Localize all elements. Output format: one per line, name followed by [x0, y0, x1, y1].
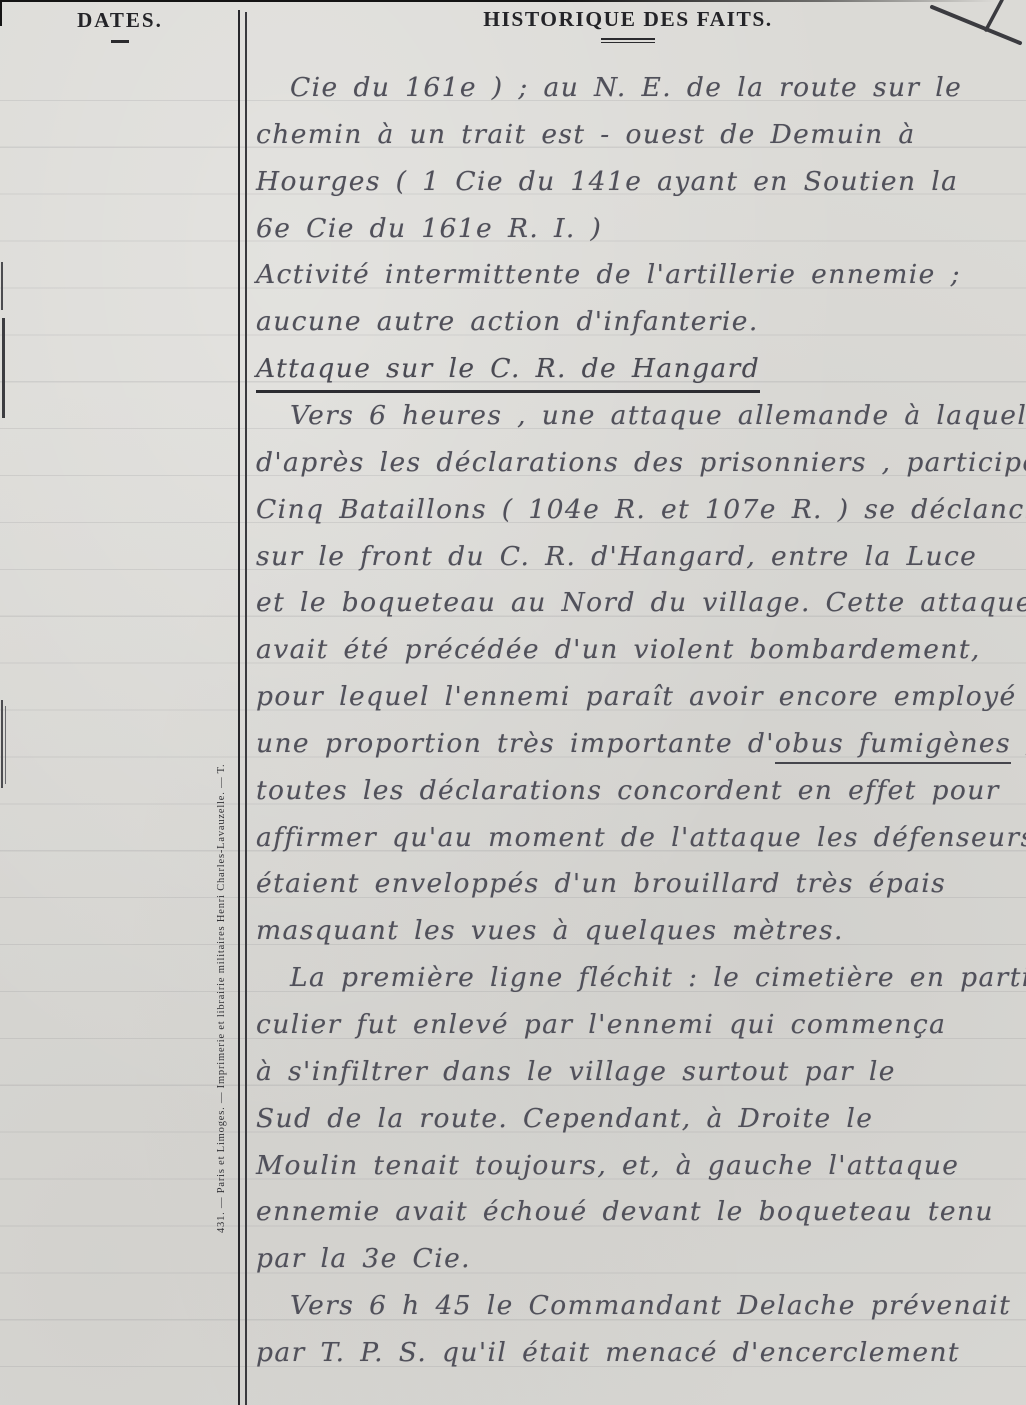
handwritten-line: La première ligne fléchit : le cimetière… — [290, 962, 1026, 993]
handwritten-line: Sud de la route. Cependant, à Droite le — [256, 1103, 873, 1134]
handwritten-line: une proportion très importante d'obus fu… — [256, 728, 1026, 759]
printer-imprint: 431. — Paris et Limoges. — Imprimerie et… — [216, 645, 227, 1351]
handwritten-line: Hourges ( 1 Cie du 141e ayant en Soutien… — [256, 166, 958, 197]
handwritten-line: à s'infiltrer dans le village surtout pa… — [256, 1056, 896, 1087]
scan-artifact — [1, 262, 3, 310]
historique-label: HISTORIQUE DES FAITS. — [247, 7, 1009, 32]
handwritten-line: Vers 6 heures , une attaque allemande à … — [290, 400, 1026, 431]
handwritten-line: Cie du 161e ) ; au N. E. de la route sur… — [290, 72, 962, 103]
handwritten-line: masquant les vues à quelques mètres. — [256, 915, 844, 946]
handwritten-line: pour lequel l'ennemi paraît avoir encore… — [256, 681, 1017, 712]
handwritten-line: par T. P. S. qu'il était menacé d'encerc… — [256, 1337, 960, 1368]
handwritten-line: ennemie avait échoué devant le boqueteau… — [256, 1196, 994, 1227]
handwritten-line: 6e Cie du 161e R. I. ) — [256, 213, 602, 244]
handwritten-line: et le boqueteau au Nord du village. Cett… — [256, 587, 1026, 618]
handwritten-line: chemin à un trait est - ouest de Demuin … — [256, 119, 916, 150]
handwritten-line: Vers 6 h 45 le Commandant Delache préven… — [290, 1290, 1011, 1321]
handwritten-line: par la 3e Cie. — [256, 1243, 471, 1274]
column-divider-rule — [245, 12, 247, 1405]
historique-column-header: HISTORIQUE DES FAITS. — [247, 7, 1009, 43]
journal-page: DATES. HISTORIQUE DES FAITS. 431. — Pari… — [0, 0, 1026, 1405]
handwritten-line: aucune autre action d'infanterie. — [256, 306, 759, 337]
handwritten-heading: Attaque sur le C. R. de Hangard — [256, 353, 760, 384]
handwritten-line: affirmer qu'au moment de l'attaque les d… — [256, 822, 1026, 853]
handwritten-line: culier fut enlevé par l'ennemi qui comme… — [256, 1009, 946, 1040]
scan-artifact — [1, 700, 3, 788]
historique-underline-rule — [601, 38, 655, 43]
scan-artifact — [2, 318, 5, 418]
handwritten-line: toutes les déclarations concordent en ef… — [256, 775, 1000, 806]
handwritten-page-number — [916, 0, 1026, 80]
scan-top-edge — [0, 0, 1026, 2]
handwritten-line: sur le front du C. R. d'Hangard, entre l… — [256, 541, 977, 572]
dates-column-header: DATES. — [0, 8, 240, 43]
column-divider-rule — [238, 10, 240, 1405]
handwritten-line: Activité intermittente de l'artillerie e… — [256, 259, 961, 290]
handwritten-line: Cinq Bataillons ( 104e R. et 107e R. ) s… — [256, 494, 1026, 525]
scan-artifact — [5, 706, 6, 784]
handwritten-line: d'après les déclarations des prisonniers… — [256, 447, 1026, 478]
dates-dash-rule — [111, 40, 129, 43]
handwritten-line: Moulin tenait toujours, et, à gauche l'a… — [256, 1150, 959, 1181]
handwritten-line: avait été précédée d'un violent bombarde… — [256, 634, 981, 665]
handwritten-line: étaient enveloppés d'un brouillard très … — [256, 868, 946, 899]
dates-label: DATES. — [0, 8, 240, 33]
